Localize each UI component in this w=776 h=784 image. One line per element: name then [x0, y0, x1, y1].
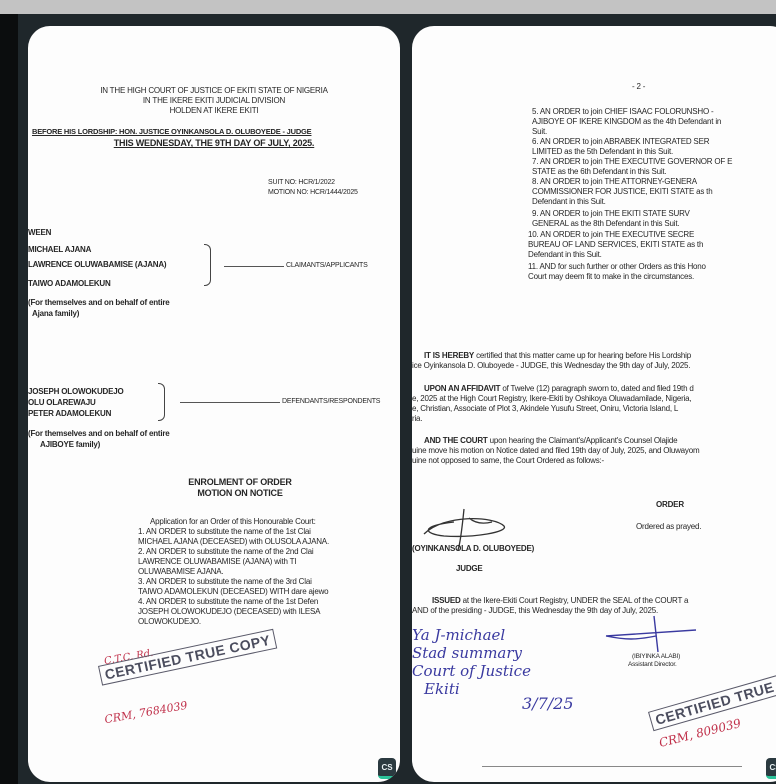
claimant-1: MICHAEL AJANA	[28, 245, 91, 255]
previous-page-edge	[0, 14, 18, 784]
page-scan-shadow	[482, 766, 742, 767]
court-header-line-1: IN THE HIGH COURT OF JUSTICE OF EKITI ST…	[28, 86, 400, 96]
suit-number: SUIT NO: HCR/1/2022	[268, 178, 335, 188]
registrar-signature-icon	[596, 614, 706, 654]
claimants-leader-line	[224, 266, 284, 267]
order-line: 6. AN ORDER to join ABRABEK INTEGRATED S…	[532, 137, 709, 147]
order-text: Ordered as prayed.	[636, 522, 701, 532]
claimants-brace	[204, 244, 211, 286]
order-line: TAIWO ADAMOLEKUN (DECEASED) WITH dare aj…	[138, 587, 328, 597]
handwriting-line: Ya J-michael	[412, 626, 505, 644]
defendant-3: PETER ADAMOLEKUN	[28, 409, 111, 419]
document-title-2: MOTION ON NOTICE	[120, 488, 360, 498]
hereby-lead: IT IS HEREBY	[424, 351, 474, 360]
order-line: 11. AND for such further or other Orders…	[528, 262, 706, 272]
handwriting-line: Stad summary	[412, 644, 522, 662]
order-line: 10. AN ORDER to join THE EXECUTIVE SECRE	[528, 230, 694, 240]
order-line: 3. AN ORDER to substitute the name of th…	[138, 577, 312, 587]
defendants-leader-line	[180, 402, 280, 403]
document-page-1[interactable]: IN THE HIGH COURT OF JUSTICE OF EKITI ST…	[28, 26, 400, 782]
handwriting-line: Court of Justice	[412, 662, 531, 680]
judge-title: JUDGE	[456, 564, 483, 574]
order-line: Defendant in this Suit.	[528, 250, 602, 260]
order-line: COMMISSIONER FOR JUSTICE, EKITI STATE as…	[532, 187, 712, 197]
affidavit-paragraph-line-1: UPON AN AFFIDAVIT of Twelve (12) paragra…	[424, 384, 694, 394]
court-header-line-2: IN THE IKERE EKITI JUDICIAL DIVISION	[28, 96, 400, 106]
order-line: 1. AN ORDER to substitute the name of th…	[138, 527, 311, 537]
handwriting-date: 3/7/25	[522, 694, 574, 713]
affidavit-paragraph-line: e, Christian, Associate of Plot 3, Akind…	[412, 404, 678, 414]
claimants-note-1: (For themselves and on behalf of entire	[28, 298, 170, 308]
order-line: 2. AN ORDER to substitute the name of th…	[138, 547, 313, 557]
order-line: GENERAL as the 8th Defendant in this Sui…	[532, 219, 679, 229]
court-paragraph-line: uine move his motion on Notice dated and…	[412, 446, 699, 456]
order-line: LAWRENCE OLUWABAMISE (AJANA) with TI	[138, 557, 296, 567]
order-line: Court may deem fit to make in the circum…	[528, 272, 694, 282]
order-line: STATE as the 6th Defendant in this Suit.	[532, 167, 666, 177]
judge-name: (OYINKANSOLA D. OLUBOYEDE)	[412, 544, 534, 554]
order-line: 9. AN ORDER to join THE EKITI STATE SURV	[532, 209, 690, 219]
application-intro: Application for an Order of this Honoura…	[150, 517, 316, 527]
court-paragraph-line-1: AND THE COURT upon hearing the Claimant'…	[424, 436, 677, 446]
order-line: Suit.	[532, 127, 547, 137]
handwriting-line: Ekiti	[424, 680, 460, 698]
defendant-1: JOSEPH OLOWOKUDEJO	[28, 387, 124, 397]
order-line: OLUWABAMISE AJANA.	[138, 567, 223, 577]
order-line: LIMITED as the 5th Defendant in this Sui…	[532, 147, 673, 157]
stamp-handwriting-bottom: CRM, 7684039	[104, 699, 189, 726]
claimant-3: TAIWO ADAMOLEKUN	[28, 279, 111, 289]
affidavit-lead: UPON AN AFFIDAVIT	[424, 384, 500, 393]
order-line: JOSEPH OLOWOKUDEJO (DECEASED) with ILESA	[138, 607, 320, 617]
page-number: - 2 -	[632, 82, 645, 92]
motion-number: MOTION NO: HCR/1444/2025	[268, 188, 358, 198]
order-line: MICHAEL AJANA (DECEASED) with OLUSOLA AJ…	[138, 537, 329, 547]
order-line: 5. AN ORDER to join CHIEF ISAAC FOLORUNS…	[532, 107, 713, 117]
defendants-note-2: AJIBOYE family)	[40, 440, 100, 450]
order-line: 8. AN ORDER to join THE ATTORNEY-GENERA	[532, 177, 697, 187]
scanner-app-badge-icon[interactable]: CS	[766, 758, 776, 779]
court-header-line-3: HOLDEN AT IKERE EKITI	[28, 106, 400, 116]
claimant-2: LAWRENCE OLUWABAMISE (AJANA)	[28, 260, 166, 270]
registrar-title: Assistant Director.	[628, 660, 677, 670]
hereby-paragraph-line-1: IT IS HEREBY certified that this matter …	[424, 351, 691, 361]
issued-lead: ISSUED	[432, 596, 461, 605]
defendants-brace	[158, 383, 165, 421]
before-judge-line: BEFORE HIS LORDSHIP: HON. JUSTICE OYINKA…	[32, 127, 311, 137]
court-lead: AND THE COURT	[424, 436, 488, 445]
court-paragraph-line: uine not opposed to same, the Court Orde…	[412, 456, 604, 466]
document-page-2[interactable]: - 2 - 5. AN ORDER to join CHIEF ISAAC FO…	[412, 26, 776, 782]
order-line: 4. AN ORDER to substitute the name of th…	[138, 597, 318, 607]
order-line: BUREAU OF LAND SERVICES, EKITI STATE as …	[528, 240, 703, 250]
issued-line-1: ISSUED at the Ikere-Ekiti Court Registry…	[432, 596, 688, 606]
claimants-note-2: Ajana family)	[32, 309, 79, 319]
hereby-paragraph-line-2: ice Oyinkansola D. Oluboyede - JUDGE, th…	[412, 361, 690, 371]
between-label: WEEN	[28, 228, 51, 238]
order-line: OLOWOKUDEJO.	[138, 617, 201, 627]
claimants-role: CLAIMANTS/APPLICANTS	[286, 261, 368, 271]
date-line: THIS WEDNESDAY, THE 9TH DAY OF JULY, 202…	[28, 138, 400, 148]
scanner-app-badge-icon[interactable]: CS	[378, 758, 396, 779]
defendants-note-1: (For themselves and on behalf of entire	[28, 429, 170, 439]
affidavit-paragraph-line: e, 2025 at the High Court Registry, Iker…	[412, 394, 691, 404]
order-line: 7. AN ORDER to join THE EXECUTIVE GOVERN…	[532, 157, 732, 167]
order-heading: ORDER	[656, 500, 684, 510]
order-line: AJIBOYE OF IKERE KINGDOM as the 4th Defe…	[532, 117, 721, 127]
affidavit-paragraph-line: ria.	[412, 414, 422, 424]
order-line: Defendant in this Suit.	[532, 197, 606, 207]
defendants-role: DEFENDANTS/RESPONDENTS	[282, 397, 380, 407]
document-title-1: ENROLMENT OF ORDER	[120, 477, 360, 487]
defendant-2: OLU OLAREWAJU	[28, 398, 96, 408]
